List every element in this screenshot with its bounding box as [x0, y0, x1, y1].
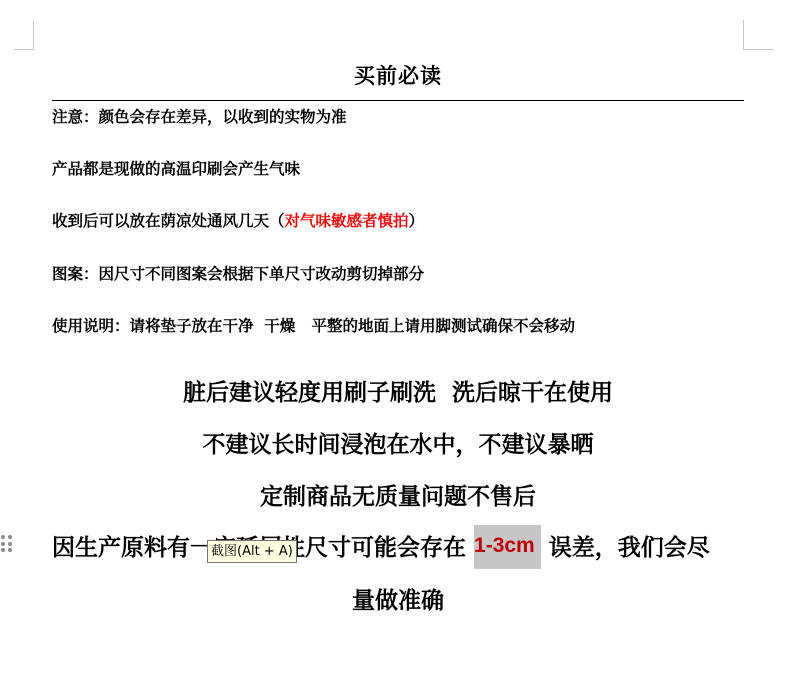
size-tolerance-highlight: 1-3cm	[474, 525, 541, 569]
note-ventilate-text: 收到后可以放在荫凉处通风几天	[52, 211, 269, 230]
size-tolerance-paragraph: 因生产原料有一定延展性尺寸可能会存在 1-3cm 误差，我们会尽	[52, 527, 710, 571]
page-margin-corner-top-left	[14, 20, 34, 50]
note-color-difference: 注意：颜色会存在差异，以收到的实物为准	[52, 105, 347, 127]
note-printing-odor: 产品都是现做的高温印刷会产生气味	[52, 157, 300, 179]
note-usage-instructions: 使用说明：请将垫子放在干净 干燥 平整的地面上请用脚测试确保不会移动	[52, 314, 575, 336]
screenshot-shortcut-tooltip: 截图(Alt + A)	[207, 540, 297, 563]
care-instruction-no-soak: 不建议长时间浸泡在水中，不建议暴晒	[0, 426, 796, 459]
note-ventilate: 收到后可以放在荫凉处通风几天（对气味敏感者慎拍）	[52, 209, 424, 231]
paren-close: ）	[409, 211, 425, 230]
care-instruction-brush-wash: 脏后建议轻度用刷子刷洗 洗后晾干在使用	[0, 374, 796, 407]
paragraph-drag-handle-icon[interactable]	[1, 535, 13, 553]
document-title: 买前必读	[0, 60, 796, 90]
odor-warning-red-text: 对气味敏感者慎拍	[285, 211, 409, 230]
paren-open: （	[269, 211, 285, 230]
page-margin-corner-top-right	[743, 20, 773, 50]
size-tolerance-text-after: 误差，我们会尽	[541, 534, 710, 561]
custom-no-return-policy: 定制商品无质量问题不售后	[0, 478, 796, 511]
title-underline-divider	[52, 100, 744, 101]
size-tolerance-continuation: 量做准确	[0, 582, 796, 615]
note-pattern-cropping: 图案：因尺寸不同图案会根据下单尺寸改动剪切掉部分	[52, 262, 424, 284]
